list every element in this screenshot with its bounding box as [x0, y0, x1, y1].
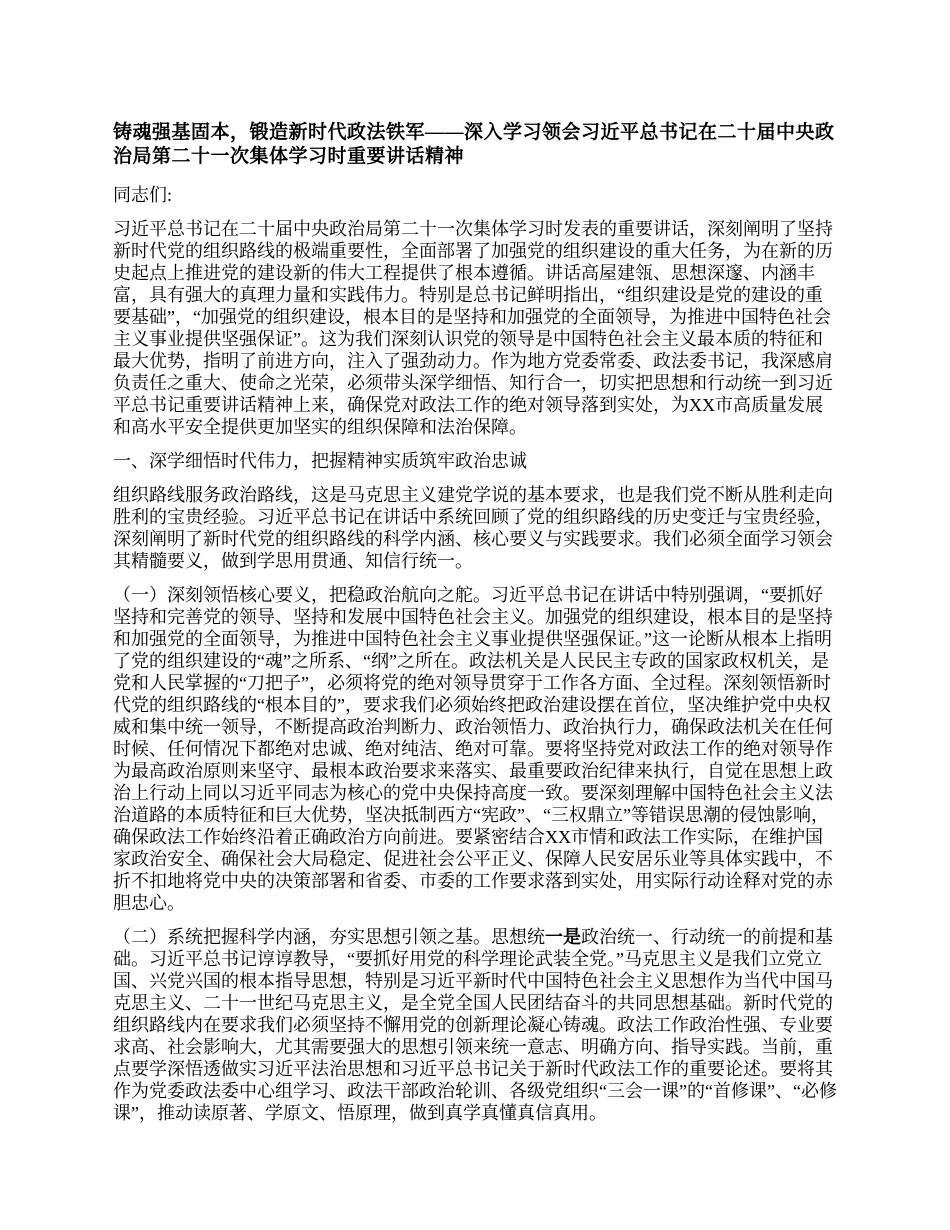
paragraph-point-2-pre: （二）系统把握科学内涵，夯实思想引领之基。思想统 — [113, 927, 545, 947]
paragraph-point-2: （二）系统把握科学内涵，夯实思想引领之基。思想统一是政治统一、行动统一的前提和基… — [113, 926, 837, 1124]
paragraph-point-2-post: 政治统一、行动统一的前提和基础。习近平总书记谆谆教导，“要抓好用党的科学理论武装… — [113, 927, 837, 1123]
paragraph-point-2-bold-emphasis: 一是 — [545, 927, 581, 947]
salutation: 同志们: — [113, 184, 837, 206]
paragraph-intro: 习近平总书记在二十届中央政治局第二十一次集体学习时发表的重要讲话，深刻阐明了坚持… — [113, 218, 837, 438]
paragraph-section1-lead: 组织路线服务政治路线，这是马克思主义建党学说的基本要求，也是我们党不断从胜利走向… — [113, 484, 837, 572]
document-page: 铸魂强基固本，锻造新时代政法铁军——深入学习领会习近平总书记在二十届中央政治局第… — [0, 0, 950, 1230]
paragraph-point-1: （一）深刻领悟核心要义，把稳政治航向之舵。习近平总书记在讲话中特别强调，“要抓好… — [113, 584, 837, 914]
section-1-heading: 一、深学细悟时代伟力，把握精神实质筑牢政治忠诚 — [113, 450, 837, 472]
document-title: 铸魂强基固本，锻造新时代政法铁军——深入学习领会习近平总书记在二十届中央政治局第… — [113, 121, 837, 169]
